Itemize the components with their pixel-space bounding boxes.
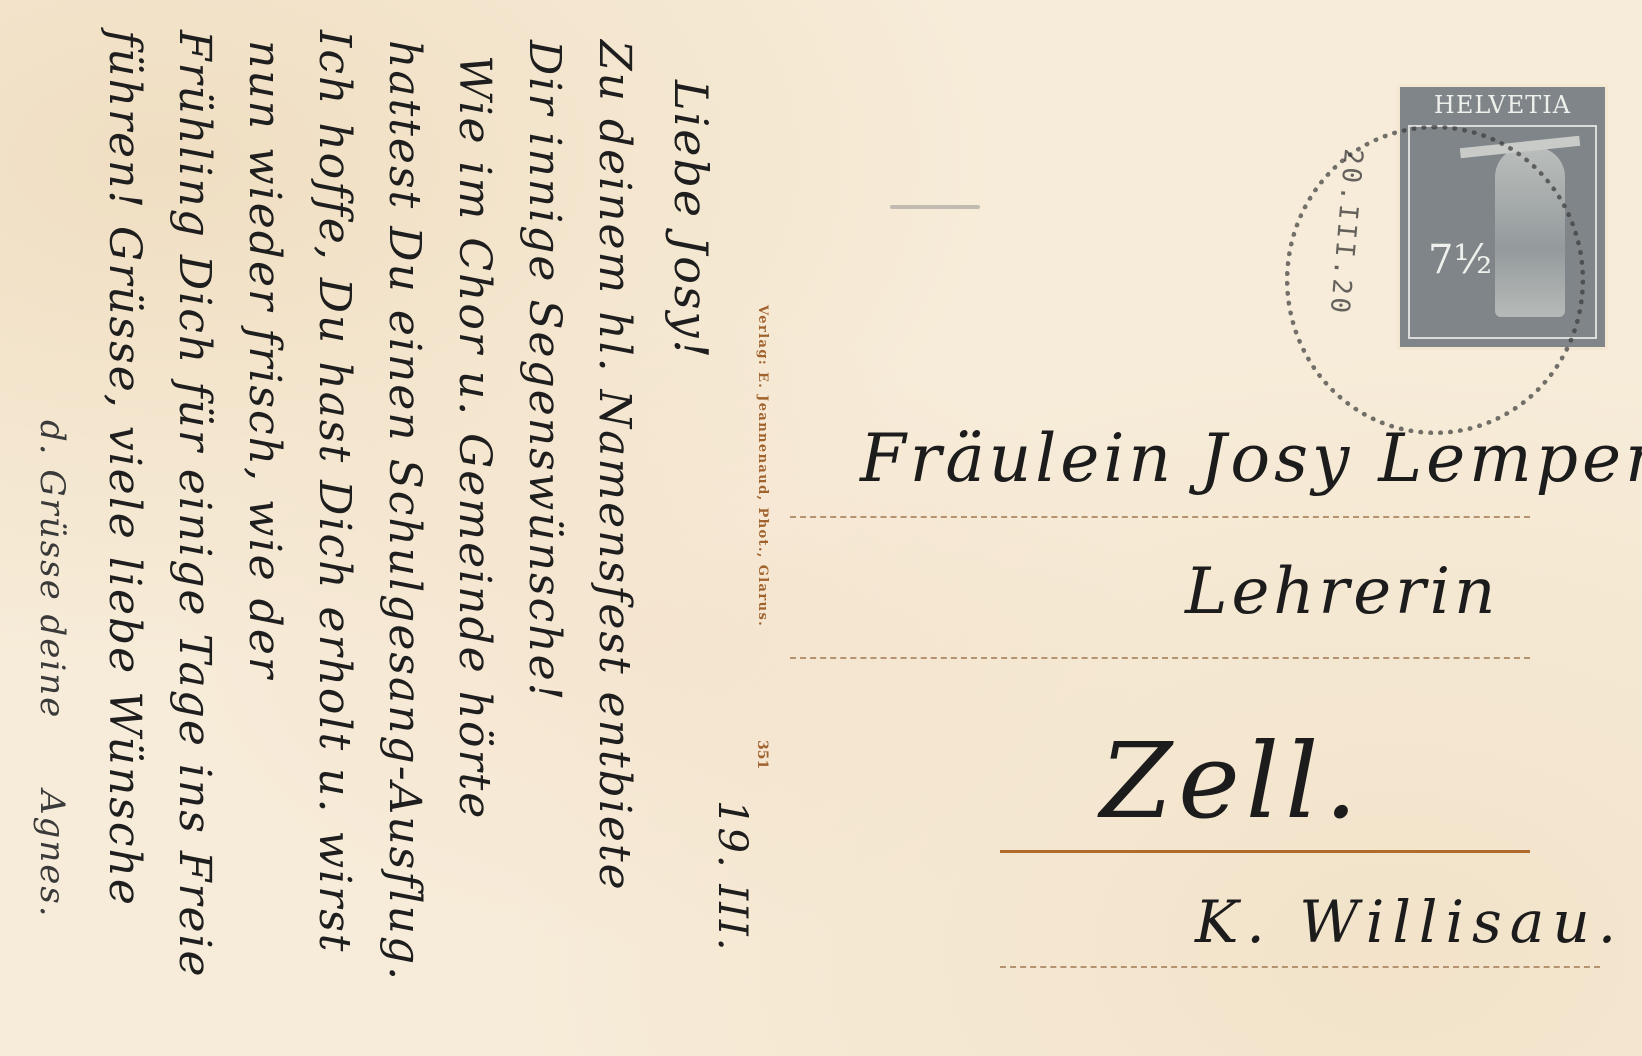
publisher-number: 351 bbox=[754, 740, 770, 769]
message-line: Frühling Dich für einige Tage ins Freie bbox=[169, 30, 220, 979]
stamp-country: HELVETIA bbox=[1400, 91, 1605, 119]
publisher-imprint: Verlag: E. Jeannenaud, Phot., Glarus. bbox=[755, 305, 770, 627]
address-rule bbox=[1000, 966, 1600, 968]
message-signature: Agnes. bbox=[32, 790, 72, 919]
address-recipient: Fräulein Josy Lempen bbox=[860, 420, 1642, 497]
address-district: K. Willisau. bbox=[1195, 888, 1624, 956]
address-title: Lehrerin bbox=[1185, 555, 1499, 629]
address-rule bbox=[790, 657, 1530, 659]
ink-smudge bbox=[890, 205, 980, 209]
message-line: d. Grüsse deine bbox=[32, 420, 72, 719]
address-town: Zell. bbox=[1100, 720, 1363, 842]
message-line: Zu deinem hl. Namensfest entbiete bbox=[589, 40, 640, 892]
message-line: Ich hoffe, Du hast Dich erholt u. wirst bbox=[309, 30, 360, 953]
postcard-back: Liebe Josy! Zu deinem hl. Namensfest ent… bbox=[0, 0, 1642, 1056]
message-line: Dir innige Segenswünsche! bbox=[519, 40, 570, 702]
address-rule-solid bbox=[1000, 850, 1530, 853]
message-date: 19. III. bbox=[709, 800, 755, 952]
message-line: nun wieder frisch, wie der bbox=[239, 40, 290, 680]
message-line: Wie im Chor u. Gemeinde hörte bbox=[449, 55, 500, 820]
message-greeting: Liebe Josy! bbox=[664, 80, 718, 360]
message-line: hattest Du einen Schulgesang-Ausflug. bbox=[379, 40, 430, 982]
message-line: führen! Grüsse, viele liebe Wünsche bbox=[99, 30, 150, 907]
address-rule bbox=[790, 516, 1530, 518]
